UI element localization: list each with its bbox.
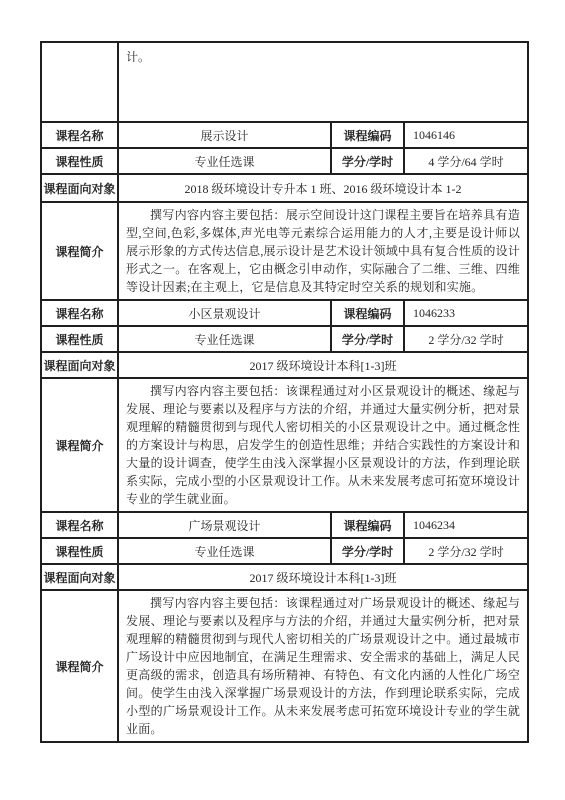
intro-continuation-text: 计。 <box>118 42 528 122</box>
course-code-value: 1046146 <box>404 122 528 148</box>
credits-hours-value: 2 学分/32 学时 <box>404 538 528 564</box>
course-intro-value: 撰写内容内容主要包括：该课程通过对小区景观设计的概述、缘起与发展、理论与要素以及… <box>118 378 528 512</box>
course3-name-row: 课程名称 广场景观设计 课程编码 1046234 <box>41 512 528 538</box>
course-nature-value: 专业任选课 <box>118 538 331 564</box>
course-nature-value: 专业任选课 <box>118 326 331 352</box>
course-name-value: 广场景观设计 <box>118 512 331 538</box>
course-intro-label: 课程简介 <box>41 202 118 300</box>
course-audience-label: 课程面向对象 <box>41 174 118 202</box>
course-nature-label: 课程性质 <box>41 326 118 352</box>
course-intro-label: 课程简介 <box>41 378 118 512</box>
course3-intro-row: 课程简介 撰写内容内容主要包括：该课程通过对广场景观设计的概述、缘起与发展、理论… <box>41 590 528 742</box>
course-nature-label: 课程性质 <box>41 148 118 174</box>
intro-continuation-row: 计。 <box>41 42 528 122</box>
course-audience-value: 2017 级环境设计本科[1-3]班 <box>118 564 528 590</box>
course-audience-value: 2018 级环境设计专升本 1 班、2016 级环境设计本 1-2 <box>118 174 528 202</box>
course2-nature-row: 课程性质 专业任选课 学分/学时 2 学分/32 学时 <box>41 326 528 352</box>
course-code-value: 1046234 <box>404 512 528 538</box>
course-code-value: 1046233 <box>404 300 528 326</box>
course1-name-row: 课程名称 展示设计 课程编码 1046146 <box>41 122 528 148</box>
credits-hours-value: 4 学分/64 学时 <box>404 148 528 174</box>
course2-name-row: 课程名称 小区景观设计 课程编码 1046233 <box>41 300 528 326</box>
course-intro-value: 撰写内容内容主要包括：展示空间设计这门课程主要旨在培养具有造型,空间,色彩,多媒… <box>118 202 528 300</box>
course-intro-value: 撰写内容内容主要包括：该课程通过对广场景观设计的概述、缘起与发展、理论与要素以及… <box>118 590 528 742</box>
course-code-label: 课程编码 <box>331 512 404 538</box>
document-page: 计。 课程名称 展示设计 课程编码 1046146 课程性质 专业任选课 学分/… <box>0 0 565 800</box>
course-name-value: 小区景观设计 <box>118 300 331 326</box>
course-code-label: 课程编码 <box>331 122 404 148</box>
course-name-label: 课程名称 <box>41 122 118 148</box>
course1-intro-row: 课程简介 撰写内容内容主要包括：展示空间设计这门课程主要旨在培养具有造型,空间,… <box>41 202 528 300</box>
credits-hours-label: 学分/学时 <box>331 326 404 352</box>
course-name-value: 展示设计 <box>118 122 331 148</box>
intro-continuation-label-cell <box>41 42 118 122</box>
course-code-label: 课程编码 <box>331 300 404 326</box>
course-audience-value: 2017 级环境设计本科[1-3]班 <box>118 352 528 378</box>
course1-audience-row: 课程面向对象 2018 级环境设计专升本 1 班、2016 级环境设计本 1-2 <box>41 174 528 202</box>
course-audience-label: 课程面向对象 <box>41 352 118 378</box>
course-intro-label: 课程简介 <box>41 590 118 742</box>
course2-intro-row: 课程简介 撰写内容内容主要包括：该课程通过对小区景观设计的概述、缘起与发展、理论… <box>41 378 528 512</box>
credits-hours-label: 学分/学时 <box>331 148 404 174</box>
course-audience-label: 课程面向对象 <box>41 564 118 590</box>
course2-audience-row: 课程面向对象 2017 级环境设计本科[1-3]班 <box>41 352 528 378</box>
credits-hours-label: 学分/学时 <box>331 538 404 564</box>
course1-nature-row: 课程性质 专业任选课 学分/学时 4 学分/64 学时 <box>41 148 528 174</box>
course3-nature-row: 课程性质 专业任选课 学分/学时 2 学分/32 学时 <box>41 538 528 564</box>
course-info-table: 计。 课程名称 展示设计 课程编码 1046146 课程性质 专业任选课 学分/… <box>40 41 529 743</box>
course-name-label: 课程名称 <box>41 300 118 326</box>
credits-hours-value: 2 学分/32 学时 <box>404 326 528 352</box>
course-name-label: 课程名称 <box>41 512 118 538</box>
course3-audience-row: 课程面向对象 2017 级环境设计本科[1-3]班 <box>41 564 528 590</box>
course-nature-label: 课程性质 <box>41 538 118 564</box>
course-nature-value: 专业任选课 <box>118 148 331 174</box>
